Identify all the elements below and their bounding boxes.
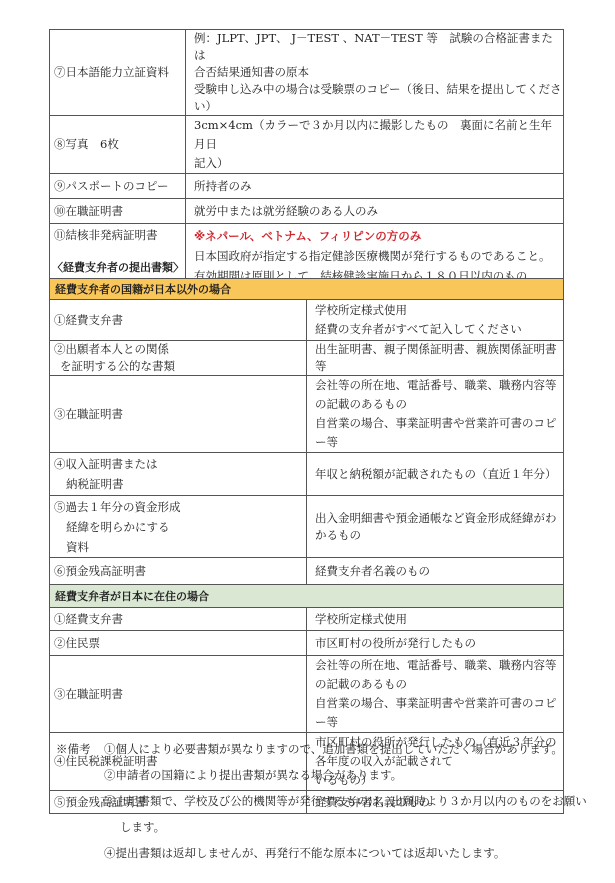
row-description: 出入金明細書や預金通帳など資金形成経緯がわかるもの: [307, 496, 564, 558]
remarks-prefix: ※備考: [56, 741, 91, 757]
row-label: ②出願者本人との関係 を証明する公的な書類: [50, 341, 307, 376]
description-line: 経費の支弁者がすべて記入してください: [315, 320, 563, 339]
row-description: 3cm×4cm（カラーで３か月以内に撮影したもの 裏面に名前と生年月日 記入）: [186, 116, 564, 174]
table-row: ①経費支弁書 学校所定様式使用: [50, 608, 564, 631]
table-row: ⑩在職証明書 就労中または就労経験のある人のみ: [50, 199, 564, 224]
table-row: ④収入証明書または 納税証明書 年収と納税額が記載されたもの（直近１年分）: [50, 453, 564, 496]
row-label: ⑤過去１年分の資金形成 経緯を明らかにする 資料: [50, 496, 307, 558]
sponsor-documents-table: 経費支弁者の国籍が日本以外の場合 ①経費支弁書 学校所定様式使用 経費の支弁者が…: [49, 278, 564, 814]
remark-item: ②申請者の国籍により提出書類が異なる場合があります。: [104, 767, 402, 783]
table-row: ②住民票 市区町村の役所が発行したもの: [50, 631, 564, 656]
description-line: 日本国政府が指定する指定健診医療機関が発行するものであること。: [194, 246, 563, 266]
row-label: ④収入証明書または 納税証明書: [50, 453, 307, 496]
row-label: ⑧写真 6枚: [50, 116, 186, 174]
section-header-label: 経費支弁者が日本に在住の場合: [50, 585, 564, 608]
row-description: 学校所定様式使用: [307, 608, 564, 631]
row-label: ⑩在職証明書: [50, 199, 186, 224]
label-line: ④収入証明書または: [54, 454, 306, 474]
description-line: 自営業の場合、事業証明書や営業許可書のコピー等: [315, 414, 563, 452]
table-row: ⑨パスポートのコピー 所持者のみ: [50, 174, 564, 199]
description-line: 3cm×4cm（カラーで３か月以内に撮影したもの 裏面に名前と生年月日: [194, 116, 563, 154]
row-label: ⑥預金残高証明書: [50, 558, 307, 585]
row-label: ②住民票: [50, 631, 307, 656]
table-row: ②出願者本人との関係 を証明する公的な書類 出生証明書、親子関係証明書、親族関係…: [50, 341, 564, 376]
remark-item-continuation: します。: [120, 819, 165, 835]
remark-item: ③上記書類で、学校及び公的機関等が発行するものは、出願時より３か月以内のものをお…: [104, 793, 587, 809]
row-description: 経費支弁者名義のもの: [307, 558, 564, 585]
row-label: ③在職証明書: [50, 376, 307, 453]
label-line: ⑤過去１年分の資金形成: [54, 497, 306, 517]
description-line: 自営業の場合、事業証明書や営業許可書のコピー等: [315, 694, 563, 732]
description-line: 記入）: [194, 154, 563, 173]
table-row: ⑧写真 6枚 3cm×4cm（カラーで３か月以内に撮影したもの 裏面に名前と生年…: [50, 116, 564, 174]
row-description: 例：JLPT、JPT、 J－TEST 、NAT－TEST 等 試験の合格証書また…: [186, 30, 564, 116]
row-label: ⑦日本語能力立証資料: [50, 30, 186, 116]
label-line: 資料: [54, 537, 306, 557]
row-description: 出生証明書、親子関係証明書、親族関係証明書等: [307, 341, 564, 376]
section-header-domestic: 経費支弁者が日本に在住の場合: [50, 585, 564, 608]
label-line: 納税証明書: [54, 474, 306, 494]
applicant-documents-table: ⑦日本語能力立証資料 例：JLPT、JPT、 J－TEST 、NAT－TEST …: [49, 29, 564, 288]
description-line: 合否結果通知書の原本: [194, 64, 563, 81]
row-label: ③在職証明書: [50, 656, 307, 733]
table-row: ③在職証明書 会社等の所在地、電話番号、職業、職務内容等の記載のあるもの 自営業…: [50, 376, 564, 453]
row-label: ①経費支弁書: [50, 300, 307, 341]
description-line: 受験申し込み中の場合は受験票のコピー（後日、結果を提出してください）: [194, 81, 563, 115]
table-row: ⑤過去１年分の資金形成 経緯を明らかにする 資料 出入金明細書や預金通帳など資金…: [50, 496, 564, 558]
table-row: ①経費支弁書 学校所定様式使用 経費の支弁者がすべて記入してください: [50, 300, 564, 341]
section-header-foreign: 経費支弁者の国籍が日本以外の場合: [50, 279, 564, 300]
section-title: 〈経費支弁者の提出書類〉: [52, 259, 184, 275]
description-line: 例：JLPT、JPT、 J－TEST 、NAT－TEST 等 試験の合格証書また…: [194, 30, 563, 64]
nationality-restriction-note: ※ネパール、ベトナム、フィリピンの方のみ: [194, 226, 563, 246]
description-line: 会社等の所在地、電話番号、職業、職務内容等の記載のあるもの: [315, 376, 563, 414]
row-label: ⑨パスポートのコピー: [50, 174, 186, 199]
row-label: ①経費支弁書: [50, 608, 307, 631]
table-row: ③在職証明書 会社等の所在地、電話番号、職業、職務内容等の記載のあるもの 自営業…: [50, 656, 564, 733]
row-description: 会社等の所在地、電話番号、職業、職務内容等の記載のあるもの 自営業の場合、事業証…: [307, 656, 564, 733]
row-description: 会社等の所在地、電話番号、職業、職務内容等の記載のあるもの 自営業の場合、事業証…: [307, 376, 564, 453]
table-row: ⑦日本語能力立証資料 例：JLPT、JPT、 J－TEST 、NAT－TEST …: [50, 30, 564, 116]
description-line: 学校所定様式使用: [315, 301, 563, 320]
label-line: 経緯を明らかにする: [54, 517, 306, 537]
row-description: 年収と納税額が記載されたもの（直近１年分）: [307, 453, 564, 496]
table-row: ⑥預金残高証明書 経費支弁者名義のもの: [50, 558, 564, 585]
label-line: を証明する公的な書類: [54, 358, 306, 375]
description-line: 会社等の所在地、電話番号、職業、職務内容等の記載のあるもの: [315, 656, 563, 694]
row-description: 学校所定様式使用 経費の支弁者がすべて記入してください: [307, 300, 564, 341]
row-description: 所持者のみ: [186, 174, 564, 199]
row-description: 就労中または就労経験のある人のみ: [186, 199, 564, 224]
label-line: ②出願者本人との関係: [54, 341, 306, 358]
remark-item: ④提出書類は返却しませんが、再発行不能な原本については返却いたします。: [104, 845, 505, 861]
row-description: 市区町村の役所が発行したもの: [307, 631, 564, 656]
remark-item: ①個人により必要書類が異なりますので、追加書類を提出していただく場合があります。: [104, 741, 563, 757]
section-header-label: 経費支弁者の国籍が日本以外の場合: [50, 279, 564, 300]
